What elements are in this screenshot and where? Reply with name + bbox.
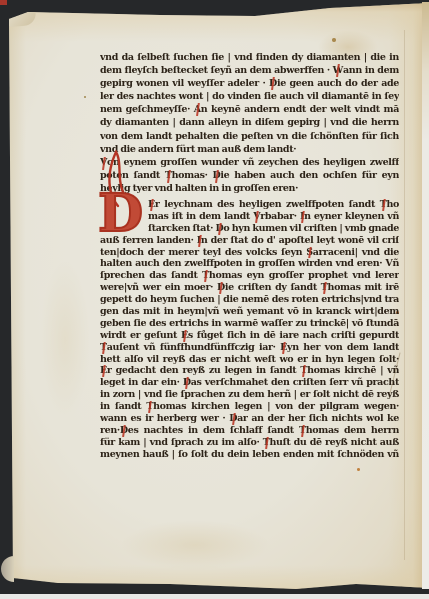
rubricated-capital: S <box>306 247 313 259</box>
rubricated-capital: D <box>215 223 223 235</box>
rubricated-capital: T <box>202 270 209 282</box>
text-line: Er gedacht den reyß zu legen in ſandt Th… <box>100 365 399 377</box>
text-line: wirdt er geſunt Es fůget ſich in dē iare… <box>100 330 399 342</box>
rubricated-capital: I <box>197 235 201 247</box>
rubricated-capital: A <box>194 103 201 116</box>
rubricated-capital: D <box>269 77 277 90</box>
next-page-edge <box>422 2 429 589</box>
book-photo: vnd da ſelbeſt ſuchen ſie | vnd finden d… <box>0 0 429 599</box>
book-page: vnd da ſelbeſt ſuchen ſie | vnd finden d… <box>0 0 429 599</box>
rubricated-capital: T <box>146 401 153 413</box>
continuation-paragraph: vnd da ſelbeſt ſuchen ſie | vnd finden d… <box>100 51 399 156</box>
text-line: ſprechen das ſandt Thomas eyn groſſer pr… <box>100 270 399 282</box>
text-line: gepirg wonen vil weyſſer adeler · Die ge… <box>100 77 399 90</box>
text-line: gepett do heym ſuchen | die nemē des rot… <box>100 294 399 306</box>
text-line: vnd da ſelbeſt ſuchen ſie | vnd finden d… <box>100 51 399 64</box>
drop-cap-letter-d: D <box>98 186 143 242</box>
page-edge-notch <box>1 556 14 582</box>
text-line: für kam | vnd ſprach zu im alſo· Thuſt d… <box>100 437 399 449</box>
text-line: in ſandt Thomas kirchen legen | von der … <box>100 401 399 413</box>
text-line: von dem landt pehalten die peſten vn die… <box>100 130 399 143</box>
text-line: nem geſchmeyſſe· An keynē andern endt de… <box>100 103 399 116</box>
text-line: meynen hauß | ſo ſolt du dein leben ende… <box>100 449 399 461</box>
text-line: wann es ir herberg wer · Dar an der her … <box>100 413 399 425</box>
text-line: gen das mit in heym|vñ weñ yemant vō in … <box>100 306 399 318</box>
text-line: dem fleyſch beſtecket ſeyñ an dem abwerf… <box>100 64 399 77</box>
drop-cap-initial: D <box>96 146 150 258</box>
rubricated-capital: T <box>321 282 328 294</box>
rubricated-capital: T <box>100 342 107 354</box>
scan-background-strip <box>0 594 429 599</box>
text-line: ler des nachtes wont | do vinden ſie auc… <box>100 90 399 103</box>
text-line: geben ſie des ertrichs in warmē waſſer z… <box>100 318 399 330</box>
text-line: ren·Des nachtes in dem ſchlaff ſandt Tho… <box>100 425 399 437</box>
rubricated-capital: E <box>280 342 287 354</box>
rubricated-capital: T <box>165 170 172 183</box>
rubricated-capital: W <box>333 64 343 77</box>
rubricated-capital: I <box>300 211 304 223</box>
rubricated-capital: E <box>181 330 188 342</box>
rubricated-capital: T <box>380 199 387 211</box>
parchment-speck <box>84 96 86 98</box>
text-line: in zorn | vnd ſie ſprachen zu dem herñ |… <box>100 389 399 401</box>
page-corner-fold <box>7 10 36 27</box>
scan-artifact-red <box>0 0 7 5</box>
rubricated-capital: D <box>183 377 191 389</box>
rubricated-capital: T <box>300 365 307 377</box>
text-line: Tauſent vñ fünffhundfünffczig iar· Eyn h… <box>100 342 399 354</box>
rubricated-capital: D <box>213 170 221 183</box>
text-block: vnd da ſelbeſt ſuchen ſie | vnd finden d… <box>100 0 399 599</box>
rubricated-capital: V <box>253 211 260 223</box>
rubricated-capital: E <box>100 365 107 377</box>
text-line: dy diamanten | dann alleyn in diſem gepi… <box>100 116 399 129</box>
rubricated-capital: D <box>229 413 237 425</box>
fore-edge-crease <box>404 30 405 560</box>
text-line: leget in dar ein· Das verſchmahet den cr… <box>100 377 399 389</box>
text-line: halten auch den zwelffpoten in groſſen w… <box>100 258 399 270</box>
text-line: hett alſo vil reyß das er nicht weſt wo … <box>100 354 399 366</box>
rubricated-capital: D <box>217 282 225 294</box>
rubricated-capital: D <box>120 425 128 437</box>
parchment-stain <box>40 260 90 420</box>
text-line: were|vñ wer ein moer· Die criſten dy ſan… <box>100 282 399 294</box>
rubricated-capital: T <box>299 425 306 437</box>
rubricated-capital: T <box>263 437 270 449</box>
